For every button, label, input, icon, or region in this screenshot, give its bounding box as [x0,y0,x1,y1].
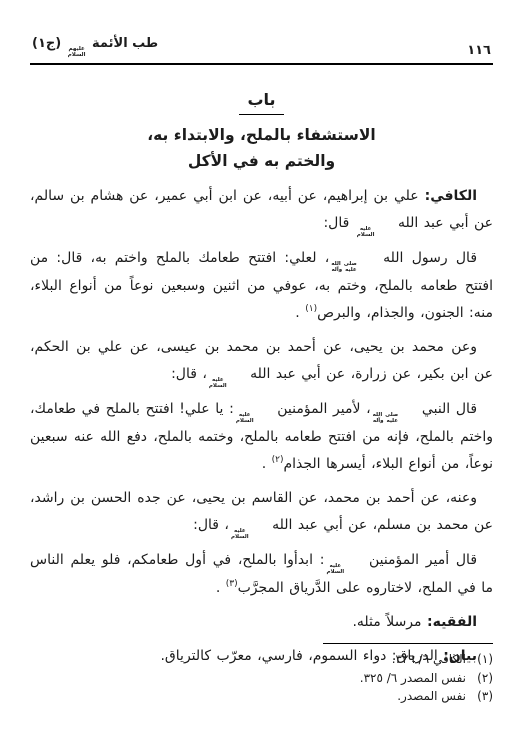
footnote-marker: (٢) [466,669,493,688]
header-rule [30,63,493,65]
footnote-item: (٢)نفس المصدر ٦/ ٣٢٥. [30,669,493,688]
honorific-as-icon: عليهالسلام [234,413,272,424]
paragraph: قال رسول الله صلى اللهعليه وآله، لعلي: ا… [30,245,493,327]
paragraph: وعن محمد بن يحيى، عن أحمد بن محمد بن عيس… [30,334,493,389]
book-title: طب الأئمة [92,36,158,51]
running-header: ١١٦ طب الأئمة عليهمالسلام (ج١) [30,36,493,63]
footnote-text: نفس المصدر ٦/ ٣٢٥. [30,669,466,688]
honorific-pbut-icon: عليهمالسلام [66,47,88,58]
book-page: ١١٦ طب الأئمة عليهمالسلام (ج١) باب الاست… [0,0,525,744]
footnote-reference: (٢) [272,455,284,465]
paragraph: وعنه، عن أحمد بن محمد، عن القاسم بن يحيى… [30,485,493,540]
page-number: ١١٦ [467,43,491,58]
footnotes-section: (١)الكافي ٦/ ٣٢٦.(٢)نفس المصدر ٦/ ٣٢٥.(٣… [30,643,493,706]
chapter-subtitle-line2: والختم به في الأكل [30,148,493,174]
footnote-marker: (١) [466,650,493,669]
body-paragraphs: الكافي: علي بن إبراهيم، عن أبيه، عن ابن … [30,183,493,670]
lead-word: الكافي: [425,188,477,204]
footnote-separator [323,643,493,644]
footnote-reference: (١) [305,304,317,314]
honorific-as-icon: عليهالسلام [229,529,267,540]
chapter-subtitle-line1: الاستشفاء بالملح، والابتداء به، [30,122,493,148]
volume-label: (ج١) [32,36,61,51]
footnote-text: نفس المصدر. [30,687,466,706]
footnote-item: (٣)نفس المصدر. [30,687,493,706]
footnote-reference: (٣) [226,579,238,589]
honorific-pbuh-icon: صلى اللهعليه وآله [329,262,375,273]
footnote-item: (١)الكافي ٦/ ٣٢٦. [30,650,493,669]
paragraph: الفقيه: مرسلاً مثله. [30,609,493,636]
honorific-as-icon: عليهالسلام [207,378,245,389]
paragraph: الكافي: علي بن إبراهيم، عن أبيه، عن ابن … [30,183,493,238]
honorific-pbuh-icon: صلى اللهعليه وآله [371,413,417,424]
footnote-list: (١)الكافي ٦/ ٣٢٦.(٢)نفس المصدر ٦/ ٣٢٥.(٣… [30,650,493,706]
paragraph: قال أمير المؤمنين عليهالسلام: ابدأوا بال… [30,547,493,602]
running-title: طب الأئمة عليهمالسلام (ج١) [32,36,158,58]
lead-word: الفقيه: [427,614,477,630]
honorific-as-icon: عليهالسلام [355,227,393,238]
paragraph: قال النبي صلى اللهعليه وآله، لأمير المؤم… [30,396,493,478]
honorific-as-icon: عليهالسلام [324,564,362,575]
footnote-text: الكافي ٦/ ٣٢٦. [30,650,466,669]
chapter-heading-wrap: باب [30,90,493,115]
footnote-marker: (٣) [466,687,493,706]
chapter-heading: باب [239,90,283,115]
